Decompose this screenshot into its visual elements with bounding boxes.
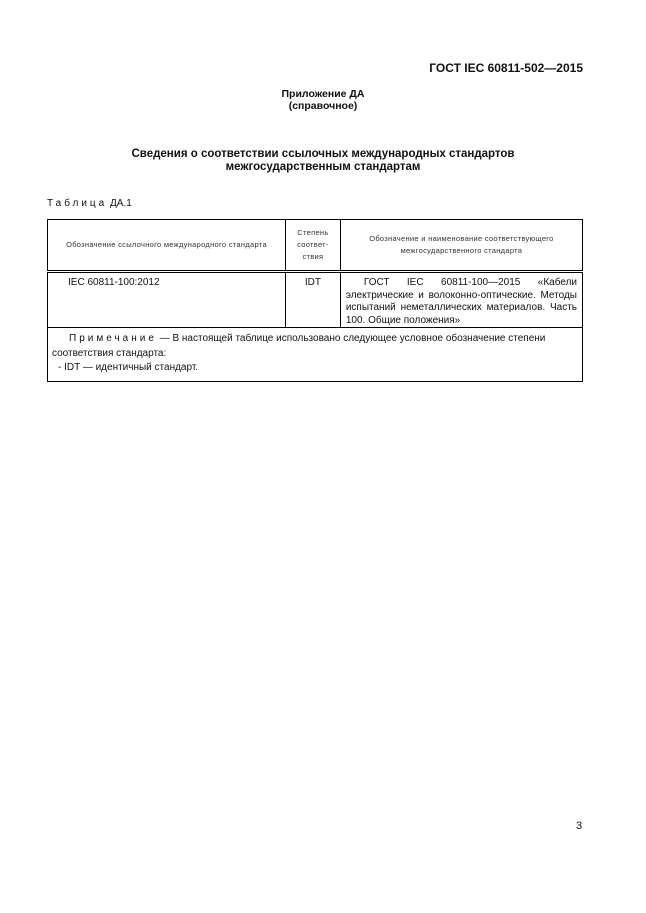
column-header-international: Обозначение ссылочного международного ст… [48,220,286,272]
table-note: Примечание — В настоящей таблице использ… [48,328,583,382]
table-note-row: Примечание — В настоящей таблице использ… [48,328,583,382]
column-header-interstate-line: межгосударственного стандарта [341,245,582,257]
section-heading-line-2: межгосударственным стандартам [0,161,646,174]
table-caption-prefix: Таблица [47,198,107,209]
column-header-degree-line: Степень [286,227,340,239]
cell-interstate-standard: ГОСТ IEC 60811-100—2015 «Кабели электрич… [340,272,582,328]
table-row: IEC 60811-100:2012 IDT ГОСТ IEC 60811-10… [48,272,583,328]
table-caption: Таблица ДА.1 [47,198,132,209]
note-item: - IDT — идентичный стандарт. [52,361,578,376]
note-text: Примечание — В настоящей таблице использ… [52,332,578,361]
annex-subtitle: (справочное) [0,100,646,112]
correspondence-table: Обозначение ссылочного международного ст… [47,219,583,382]
table-caption-number: ДА.1 [110,198,132,209]
annex-title: Приложение ДА [0,88,646,100]
document-code: ГОСТ IEC 60811-502—2015 [429,61,583,75]
section-heading-line-1: Сведения о соответствии ссылочных междун… [0,148,646,161]
column-header-degree-line: соответ- [286,239,340,251]
column-header-degree: Степень соответ- ствия [285,220,340,272]
annex-title-block: Приложение ДА (справочное) [0,88,646,112]
note-label: Примечание [69,333,157,344]
section-heading: Сведения о соответствии ссылочных междун… [0,148,646,174]
column-header-interstate: Обозначение и наименование соответствующ… [340,220,582,272]
cell-degree: IDT [285,272,340,328]
column-header-interstate-line: Обозначение и наименование соответствующ… [341,233,582,245]
cell-international-standard: IEC 60811-100:2012 [48,272,286,328]
page-number: 3 [576,820,582,832]
column-header-degree-line: ствия [286,251,340,263]
table-header-row: Обозначение ссылочного международного ст… [48,220,583,272]
